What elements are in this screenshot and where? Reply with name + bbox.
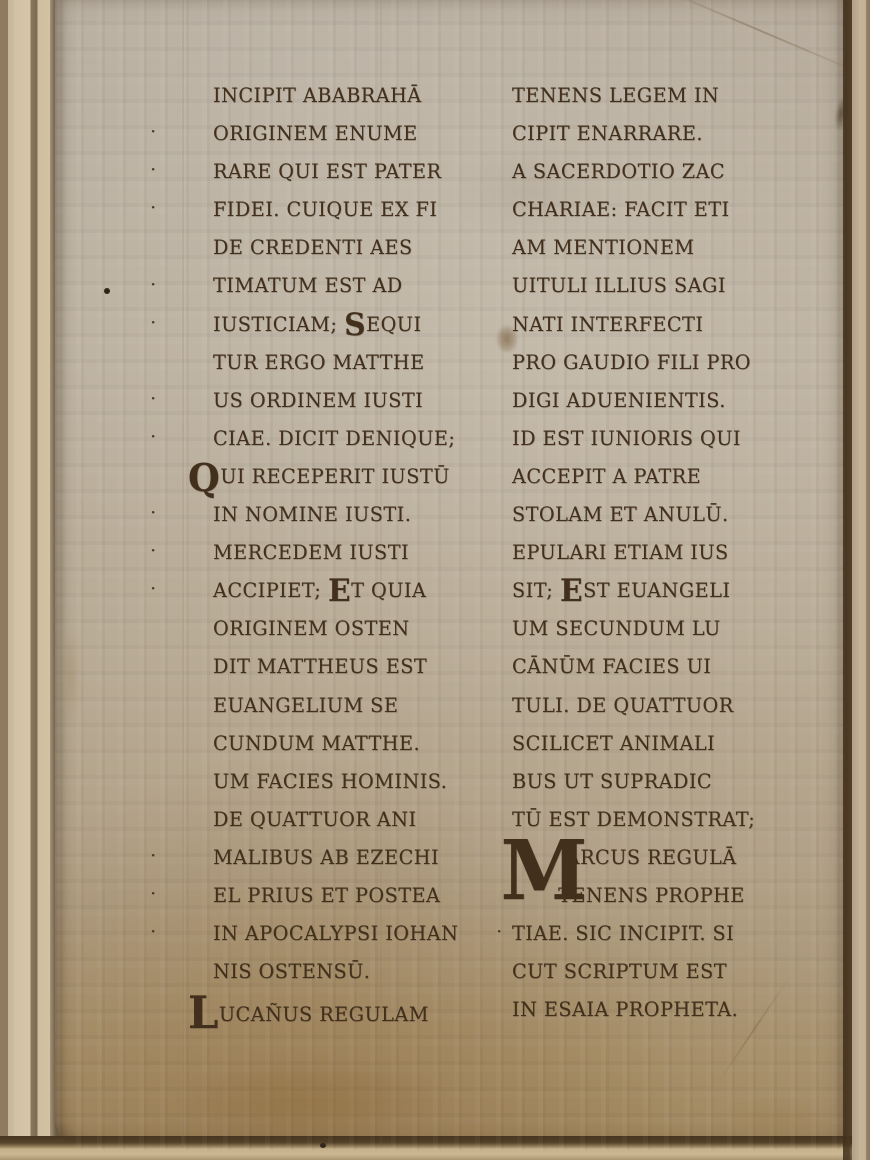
manuscript-line: MALIBUS AB EZECHI bbox=[213, 838, 458, 876]
line-text: RARE QUI EST PATER bbox=[213, 159, 441, 183]
line-text: UITULI ILLIUS SAGI bbox=[512, 273, 726, 297]
line-text: ID EST IUNIORIS QUI bbox=[512, 426, 741, 450]
manuscript-line: CĀNŪM FACIES UI bbox=[512, 647, 755, 685]
margin-dot: · bbox=[150, 507, 156, 517]
line-text: NIS OSTENSŪ. bbox=[213, 959, 370, 983]
text-column-right: TENENS LEGEM INCIPIT ENARRARE.A SACERDOT… bbox=[512, 76, 755, 1028]
page-bottom-edge bbox=[0, 1136, 870, 1160]
manuscript-line: MARCUS REGULĀ bbox=[512, 838, 755, 876]
manuscript-line: FIDEI. CUIQUE EX FI bbox=[213, 190, 458, 228]
line-text: DIGI ADUENIENTIS. bbox=[512, 388, 726, 412]
margin-dot: · bbox=[150, 926, 156, 936]
manuscript-line: BUS UT SUPRADIC bbox=[512, 762, 755, 800]
line-text: NATI INTERFECTI bbox=[512, 312, 703, 336]
manuscript-line: TIAE. SIC INCIPIT. SI bbox=[512, 914, 755, 952]
line-text: US ORDINEM IUSTI bbox=[213, 388, 423, 412]
line-text: CIPIT ENARRARE. bbox=[512, 121, 703, 145]
line-text: PRO GAUDIO FILI PRO bbox=[512, 350, 751, 374]
manuscript-line: DE QUATTUOR ANI bbox=[213, 800, 458, 838]
book-fore-edge bbox=[843, 0, 870, 1160]
line-text: DE CREDENTI AES bbox=[213, 235, 413, 259]
line-text: MALIBUS AB EZECHI bbox=[213, 845, 439, 869]
line-text: UM SECUNDUM LU bbox=[512, 616, 721, 640]
line-text: EPULARI ETIAM IUS bbox=[512, 540, 729, 564]
illuminated-initial: S bbox=[344, 307, 366, 343]
manuscript-line: UM SECUNDUM LU bbox=[512, 609, 755, 647]
manuscript-line: SCILICET ANIMALI bbox=[512, 724, 755, 762]
line-text: ST EUANGELI bbox=[583, 578, 730, 602]
illuminated-initial: E bbox=[560, 573, 583, 609]
line-text: T QUIA bbox=[351, 578, 426, 602]
line-text: CIAE. DICIT DENIQUE; bbox=[213, 426, 455, 450]
manuscript-line: ORIGINEM OSTEN bbox=[213, 609, 458, 647]
line-text: TIAE. SIC INCIPIT. SI bbox=[512, 921, 734, 945]
manuscript-line: DE CREDENTI AES bbox=[213, 228, 458, 266]
line-text: AM MENTIONEM bbox=[512, 235, 694, 259]
text-column-left: INCIPIT ABABRAHĀORIGINEM ENUMERARE QUI E… bbox=[213, 76, 458, 1028]
manuscript-line: TULI. DE QUATTUOR bbox=[512, 686, 755, 724]
manuscript-line: IUSTICIAM;SEQUI bbox=[213, 305, 458, 343]
margin-dot: · bbox=[150, 583, 156, 593]
manuscript-line: IN NOMINE IUSTI. bbox=[213, 495, 458, 533]
manuscript-line: EUANGELIUM SE bbox=[213, 686, 458, 724]
line-text: ORIGINEM ENUME bbox=[213, 121, 418, 145]
line-text: EUANGELIUM SE bbox=[213, 693, 398, 717]
line-text: ARCUS REGULĀ bbox=[566, 845, 737, 869]
line-text: SCILICET ANIMALI bbox=[512, 731, 715, 755]
illuminated-initial: E bbox=[328, 573, 351, 609]
line-text: DIT MATTHEUS EST bbox=[213, 654, 427, 678]
line-text: TENENS LEGEM IN bbox=[512, 83, 719, 107]
line-text: UCAÑUS REGULAM bbox=[219, 1002, 429, 1026]
line-text: TUR ERGO MATTHE bbox=[213, 350, 425, 374]
manuscript-line: CUT SCRIPTUM EST bbox=[512, 952, 755, 990]
manuscript-line: ID EST IUNIORIS QUI bbox=[512, 419, 755, 457]
line-text: SIT; bbox=[512, 578, 553, 602]
manuscript-line: UM FACIES HOMINIS. bbox=[213, 762, 458, 800]
manuscript-line: PRO GAUDIO FILI PRO bbox=[512, 343, 755, 381]
manuscript-line: LUCAÑUS REGULAM bbox=[213, 990, 458, 1028]
manuscript-line: EL PRIUS ET POSTEA bbox=[213, 876, 458, 914]
line-text: EQUI bbox=[366, 312, 421, 336]
margin-dot: · bbox=[150, 164, 156, 174]
line-text: IN NOMINE IUSTI. bbox=[213, 502, 411, 526]
line-text: UI RECEPERIT IUSTŪ bbox=[220, 464, 449, 488]
margin-dot: · bbox=[150, 317, 156, 327]
margin-dot: · bbox=[496, 926, 502, 936]
margin-dot: · bbox=[150, 393, 156, 403]
margin-dot: · bbox=[150, 202, 156, 212]
manuscript-line: SIT;EST EUANGELI bbox=[512, 571, 755, 609]
manuscript-line: CIAE. DICIT DENIQUE; bbox=[213, 419, 458, 457]
manuscript-line: EPULARI ETIAM IUS bbox=[512, 533, 755, 571]
manuscript-line: STOLAM ET ANULŪ. bbox=[512, 495, 755, 533]
line-text: TIMATUM EST AD bbox=[213, 273, 403, 297]
margin-dot: · bbox=[150, 545, 156, 555]
manuscript-line: CIPIT ENARRARE. bbox=[512, 114, 755, 152]
line-text: TULI. DE QUATTUOR bbox=[512, 693, 734, 717]
illuminated-initial: L bbox=[188, 986, 219, 1039]
manuscript-line: ACCEPIT A PATRE bbox=[512, 457, 755, 495]
manuscript-line: TUR ERGO MATTHE bbox=[213, 343, 458, 381]
manuscript-line: NIS OSTENSŪ. bbox=[213, 952, 458, 990]
line-text: IUSTICIAM; bbox=[213, 312, 337, 336]
line-text: MERCEDEM IUSTI bbox=[213, 540, 409, 564]
manuscript-photo: INCIPIT ABABRAHĀORIGINEM ENUMERARE QUI E… bbox=[0, 0, 870, 1160]
line-text: ORIGINEM OSTEN bbox=[213, 616, 410, 640]
line-text: DE QUATTUOR ANI bbox=[213, 807, 417, 831]
line-text: UM FACIES HOMINIS. bbox=[213, 769, 447, 793]
manuscript-line: ORIGINEM ENUME bbox=[213, 114, 458, 152]
line-text: CHARIAE: FACIT ETI bbox=[512, 197, 730, 221]
illuminated-initial: M bbox=[500, 830, 588, 912]
line-text: ACCIPIET; bbox=[213, 578, 321, 602]
line-text: FIDEI. CUIQUE EX FI bbox=[213, 197, 437, 221]
line-text: IN APOCALYPSI IOHAN bbox=[213, 921, 458, 945]
manuscript-line: US ORDINEM IUSTI bbox=[213, 381, 458, 419]
manuscript-line: UITULI ILLIUS SAGI bbox=[512, 266, 755, 304]
line-text: EL PRIUS ET POSTEA bbox=[213, 883, 440, 907]
manuscript-line: ACCIPIET;ET QUIA bbox=[213, 571, 458, 609]
margin-dot: · bbox=[150, 888, 156, 898]
manuscript-line: CUNDUM MATTHE. bbox=[213, 724, 458, 762]
line-text: CĀNŪM FACIES UI bbox=[512, 654, 711, 678]
margin-dot: · bbox=[150, 126, 156, 136]
manuscript-line: TENENS LEGEM IN bbox=[512, 76, 755, 114]
manuscript-line: CHARIAE: FACIT ETI bbox=[512, 190, 755, 228]
line-text: CUT SCRIPTUM EST bbox=[512, 959, 727, 983]
manuscript-line: A SACERDOTIO ZAC bbox=[512, 152, 755, 190]
line-text: CUNDUM MATTHE. bbox=[213, 731, 420, 755]
line-text: BUS UT SUPRADIC bbox=[512, 769, 712, 793]
manuscript-line: DIT MATTHEUS EST bbox=[213, 647, 458, 685]
manuscript-line: NATI INTERFECTI bbox=[512, 305, 755, 343]
line-text: STOLAM ET ANULŪ. bbox=[512, 502, 729, 526]
manuscript-line: TIMATUM EST AD bbox=[213, 266, 458, 304]
margin-dot: · bbox=[150, 279, 156, 289]
manuscript-line: MERCEDEM IUSTI bbox=[213, 533, 458, 571]
manuscript-line: AM MENTIONEM bbox=[512, 228, 755, 266]
margin-dot: · bbox=[150, 431, 156, 441]
manuscript-line: QUI RECEPERIT IUSTŪ bbox=[213, 457, 458, 495]
line-text: INCIPIT ABABRAHĀ bbox=[213, 83, 422, 107]
manuscript-line: INCIPIT ABABRAHĀ bbox=[213, 76, 458, 114]
margin-dot: · bbox=[150, 850, 156, 860]
manuscript-line: IN APOCALYPSI IOHAN bbox=[213, 914, 458, 952]
illuminated-initial: Q bbox=[188, 455, 220, 500]
manuscript-line: IN ESAIA PROPHETA. bbox=[512, 990, 755, 1028]
line-text: IN ESAIA PROPHETA. bbox=[512, 997, 738, 1021]
manuscript-line: DIGI ADUENIENTIS. bbox=[512, 381, 755, 419]
manuscript-line: RARE QUI EST PATER bbox=[213, 152, 458, 190]
line-text: A SACERDOTIO ZAC bbox=[512, 159, 725, 183]
line-text: ACCEPIT A PATRE bbox=[512, 464, 701, 488]
